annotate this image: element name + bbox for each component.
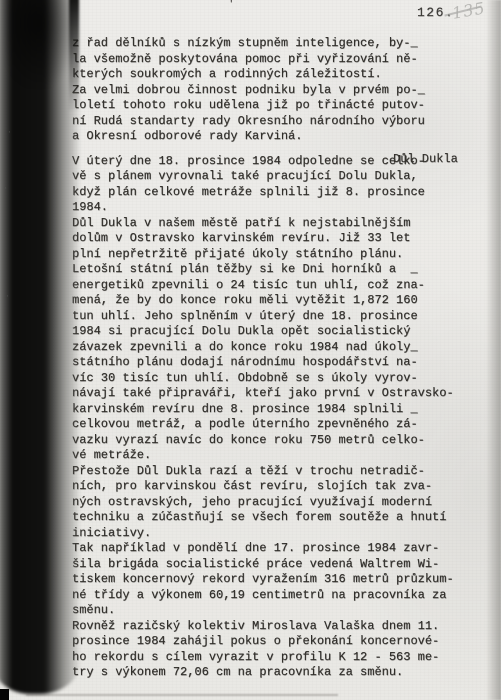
text-line: a Okresní odborové rady Karviná. xyxy=(72,129,472,145)
text-line: vé metráže. xyxy=(72,448,472,464)
bottom-edge-shadow-line xyxy=(26,694,338,696)
text-line: dolům v Ostravsko karvinském revíru. Již… xyxy=(72,231,472,247)
page-right-edge-shadow xyxy=(486,0,501,700)
typewritten-text-column: z řad dělníků s nízkým stupněm inteligen… xyxy=(72,36,472,681)
text-line: celkovou metráž, a podle úterního zpevně… xyxy=(72,417,472,433)
paragraph: Přestože Důl Dukla razí a těží v trochu … xyxy=(72,464,472,542)
paragraph: Důl Dukla v našem městě patří k nejstabi… xyxy=(72,216,472,263)
text-line: 1984. xyxy=(72,200,472,216)
handwritten-number: 135 xyxy=(451,0,487,23)
text-line: když plán celkové metráže splnili již 8.… xyxy=(72,185,472,201)
paragraph: Za velmi dobrou činnost podniku byla v p… xyxy=(72,83,472,145)
paragraph: Rovněž razičský kolektiv Miroslava Valaš… xyxy=(72,619,472,681)
text-line: směnu. xyxy=(72,603,472,619)
text-line: tun uhlí. Jeho splněním v úterý dne 18. … xyxy=(72,309,472,325)
text-line: tiskem koncernový rekord vyražením 316 m… xyxy=(72,572,472,588)
text-line: ních, pro karvinskou část revíru, slojíc… xyxy=(72,479,472,495)
text-line: Letošní státní plán těžby si ke Dni horn… xyxy=(72,262,472,278)
text-line: závazek zpevnili a do konce roku 1984 na… xyxy=(72,340,472,356)
text-line: la všemožně poskytována pomoc při vyřizo… xyxy=(72,52,472,68)
text-line: Za velmi dobrou činnost podniku byla v p… xyxy=(72,83,472,99)
paragraph: Letošní státní plán těžby si ke Dni horn… xyxy=(72,262,472,464)
text-line: mená, že by do konce roku měli vytěžit 1… xyxy=(72,293,472,309)
binding-shadow-top xyxy=(6,0,78,86)
text-line: 1984 si pracující Dolu Dukla opět social… xyxy=(72,324,472,340)
scan-speck: · xyxy=(5,292,10,301)
text-line: Přestože Důl Dukla razí a těží v trochu … xyxy=(72,464,472,480)
text-line: né třídy a výkonem 60,19 centimetrů na p… xyxy=(72,588,472,604)
scan-speck: · xyxy=(7,128,12,137)
text-line: z řad dělníků s nízkým stupněm inteligen… xyxy=(72,36,472,52)
text-line: ho rekordu s cílem vyrazit v profilu K 1… xyxy=(72,650,472,666)
text-line: iniciativy. xyxy=(72,526,472,542)
text-line: Rovněž razičský kolektiv Miroslava Valaš… xyxy=(72,619,472,635)
text-line: try s výkonem 72,06 cm na pracovníka za … xyxy=(72,665,472,681)
text-line: Tak například v pondělí dne 17. prosince… xyxy=(72,541,472,557)
bottom-left-corner-mark xyxy=(0,689,9,700)
text-line: loletí tohoto roku udělena již po třinác… xyxy=(72,98,472,114)
text-line: ní Rudá standarty rady Okresního národní… xyxy=(72,114,472,130)
text-line: vazku vyrazí navíc do konce roku 750 met… xyxy=(72,433,472,449)
paragraph: z řad dělníků s nízkým stupněm inteligen… xyxy=(72,36,472,83)
text-line: šila brigáda socialistické práce vedená … xyxy=(72,557,472,573)
text-line: vě s plánem vyrovnali také pracující Dol… xyxy=(72,169,472,185)
paragraph: Tak například v pondělí dne 17. prosince… xyxy=(72,541,472,619)
text-line: ných ostravských, jeho pracující využíva… xyxy=(72,495,472,511)
scan-speck: · xyxy=(3,184,8,193)
text-line: plní nepřetržitě přijaté úkoly státního … xyxy=(72,247,472,263)
text-line: prosince 1984 zahájil pokus o překonání … xyxy=(72,634,472,650)
text-line: energetiků zpevnili o 24 tisíc tun uhlí,… xyxy=(72,278,472,294)
margin-note: Důl Dukla xyxy=(393,152,458,166)
text-line: kterých soukromých a rodinných záležitos… xyxy=(72,67,472,83)
binding-shadow-streak xyxy=(69,0,79,110)
text-line: státního plánu dodají národnímu hospodář… xyxy=(72,355,472,371)
text-line: karvinském revíru dne 8. prosince 1984 s… xyxy=(72,402,472,418)
document-page: 126. 135 ' z řad dělníků s nízkým stupně… xyxy=(0,0,501,700)
text-line: víc 30 tisíc tun uhlí. Obdobně se s úkol… xyxy=(72,371,472,387)
text-line: návají také připraváři, kteří jako první… xyxy=(72,386,472,402)
text-line: techniku a zúčastňují se všech forem sou… xyxy=(72,510,472,526)
text-line: Důl Dukla v našem městě patří k nejstabi… xyxy=(72,216,472,232)
stray-ink-mark: ' xyxy=(228,0,235,11)
